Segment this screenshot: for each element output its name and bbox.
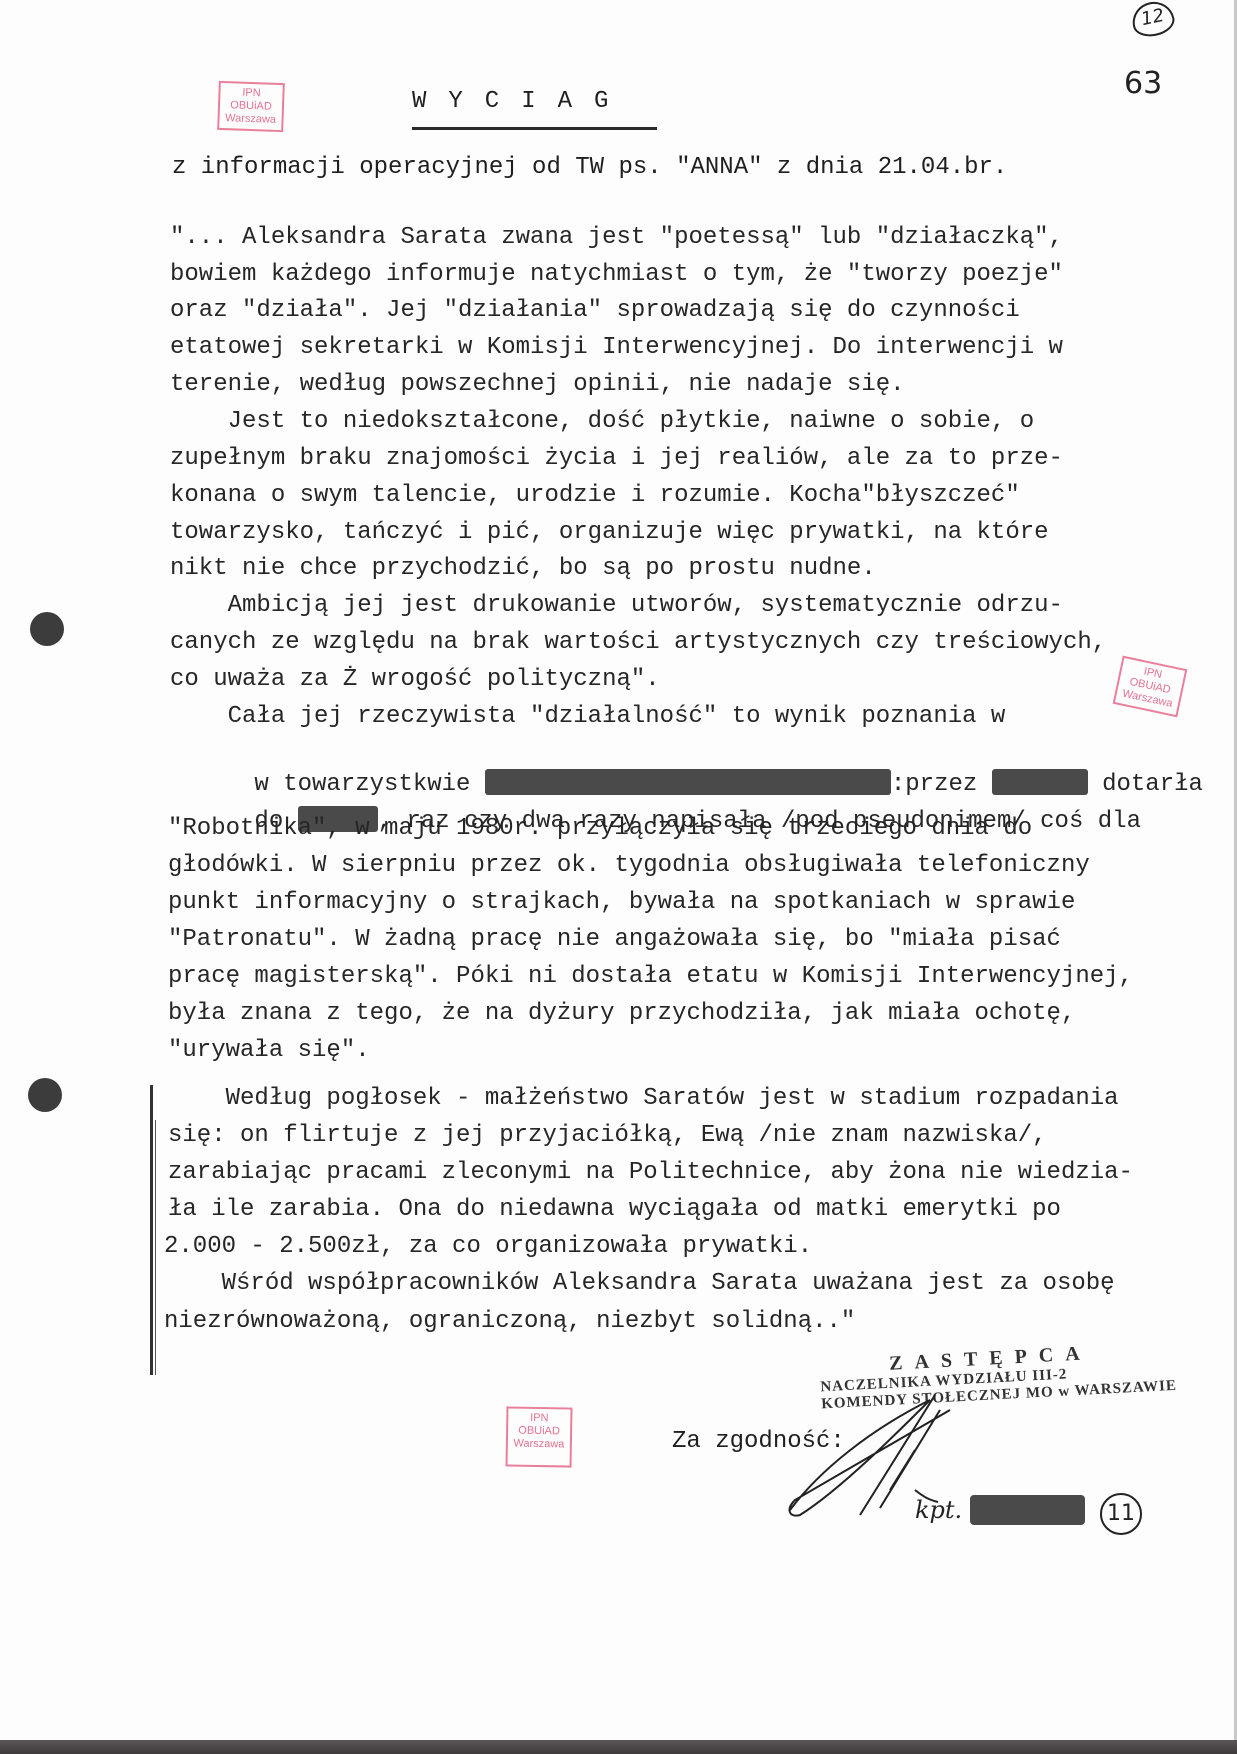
- body-line: "Patronatu". W żadną pracę nie angażował…: [168, 926, 1061, 954]
- body-line: Ambicją jej jest drukowanie utworów, sys…: [170, 592, 1063, 620]
- punch-hole: [30, 612, 64, 646]
- body-line: Wśród współpracowników Aleksandra Sarata…: [164, 1270, 1115, 1298]
- archive-stamp-line3: Warszawa: [221, 112, 279, 127]
- body-line: bowiem każdego informuje natychmiast o t…: [170, 261, 1063, 289]
- document-subtitle: z informacji operacyjnej od TW ps. "ANNA…: [172, 154, 1007, 181]
- body-line: niezrównoważoną, ograniczoną, niezbyt so…: [164, 1308, 855, 1336]
- signature: [780, 1390, 1000, 1520]
- body-line: się: on flirtuje z jej przyjaciółką, Ewą…: [168, 1122, 1047, 1150]
- folio-number: 63: [1124, 66, 1162, 101]
- body-line: "urywała się".: [168, 1037, 370, 1065]
- punch-hole: [28, 1078, 62, 1112]
- body-line: Jest to niedokształcone, dość płytkie, n…: [170, 408, 1034, 436]
- archive-stamp-line1: IPN: [510, 1411, 568, 1425]
- body-line: "... Aleksandra Sarata zwana jest "poete…: [170, 224, 1063, 252]
- body-line: zupełnym braku znajomości życia i jej re…: [170, 445, 1063, 473]
- body-line: towarzysko, tańczyć i pić, organizuje wi…: [170, 519, 1049, 547]
- scan-edge: [0, 1740, 1237, 1754]
- archive-stamp: IPN OBUiAD Warszawa: [1113, 656, 1188, 718]
- archive-stamp-line3: Warszawa: [510, 1437, 568, 1451]
- body-line: pracę magisterską". Póki ni dostała etat…: [168, 963, 1133, 991]
- body-line: terenie, według powszechnej opinii, nie …: [170, 371, 905, 399]
- body-line: konana o swym talencie, urodzie i rozumi…: [170, 482, 1020, 510]
- signature-rank: kpt.: [915, 1496, 962, 1524]
- body-line: nikt nie chce przychodzić, bo są po pros…: [170, 555, 876, 583]
- body-line: co uważa za Ż wrogość polityczną".: [170, 666, 660, 694]
- margin-marking-line: [155, 1120, 156, 1375]
- archive-stamp: IPN OBUiAD Warszawa: [217, 81, 285, 132]
- archive-stamp: IPN OBUiAD Warszawa: [505, 1406, 572, 1467]
- body-line: 2.000 - 2.500zł, za co organizowała pryw…: [164, 1233, 812, 1261]
- document-title: WYCIAG: [412, 88, 630, 115]
- body-line: ła ile zarabia. Ona do niedawna wyciągał…: [168, 1196, 1061, 1224]
- body-line: punkt informacyjny o strajkach, bywała n…: [168, 889, 1075, 917]
- body-line: "Robotnika", w maju 1980r. przyłączyła s…: [168, 815, 1032, 843]
- body-line: Według pogłosek - małżeństwo Saratów jes…: [168, 1085, 1119, 1113]
- circled-page-number: 11: [1100, 1493, 1142, 1535]
- circled-folio-number: 12: [1129, 0, 1177, 40]
- body-line: Cała jej rzeczywista "działalność" to wy…: [170, 703, 1005, 731]
- body-line: głodówki. W sierpniu przez ok. tygodnia …: [168, 852, 1090, 880]
- redaction-block: [970, 1495, 1085, 1525]
- body-line: canych ze względu na brak wartości artys…: [170, 629, 1106, 657]
- body-line: etatowej sekretarki w Komisji Interwency…: [170, 334, 1063, 362]
- document-page: 12 63 IPN OBUiAD Warszawa IPN OBUiAD War…: [0, 0, 1237, 1754]
- body-line: oraz "działa". Jej "działania" sprowadza…: [170, 297, 1020, 325]
- archive-stamp-line2: OBUiAD: [510, 1424, 568, 1438]
- margin-marking-line: [150, 1085, 153, 1375]
- title-underline: [412, 127, 657, 130]
- body-line: była znana z tego, że na dyżury przychod…: [168, 1000, 1075, 1028]
- body-line: zarabiając pracami zleconymi na Politech…: [168, 1159, 1133, 1187]
